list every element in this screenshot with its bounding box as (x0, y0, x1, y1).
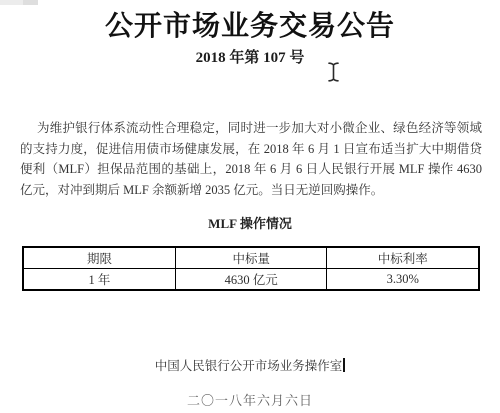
table-cell-term: 1 年 (23, 269, 175, 291)
table-header-row: 期限 中标量 中标利率 (23, 247, 479, 269)
i-beam-cursor-icon (328, 62, 339, 82)
text-caret (343, 358, 345, 372)
table-caption: MLF 操作情况 (0, 213, 500, 232)
table-row: 1 年 4630 亿元 3.30% (23, 269, 479, 291)
table-header-volume: 中标量 (175, 247, 327, 269)
table-header-rate: 中标利率 (327, 247, 479, 269)
document-title: 公开市场业务交易公告 (0, 4, 500, 44)
date-line: 二〇一八年六月六日 (0, 390, 500, 409)
issue-number: 2018 年第 107 号 (0, 46, 500, 67)
table-cell-rate: 3.30% (327, 269, 479, 291)
mlf-operation-table: 期限 中标量 中标利率 1 年 4630 亿元 3.30% (22, 246, 480, 291)
body-paragraph: 为维护银行体系流动性合理稳定，同时进一步加大对小微企业、绿色经济等领域的支持力度… (20, 118, 482, 200)
table-header-term: 期限 (23, 247, 175, 269)
table-cell-volume: 4630 亿元 (175, 269, 327, 291)
signature-line: 中国人民银行公开市场业务操作室 (0, 356, 500, 374)
signature-text: 中国人民银行公开市场业务操作室 (155, 359, 343, 373)
document-page[interactable]: 公开市场业务交易公告 2018 年第 107 号 为维护银行体系流动性合理稳定，… (0, 0, 500, 413)
